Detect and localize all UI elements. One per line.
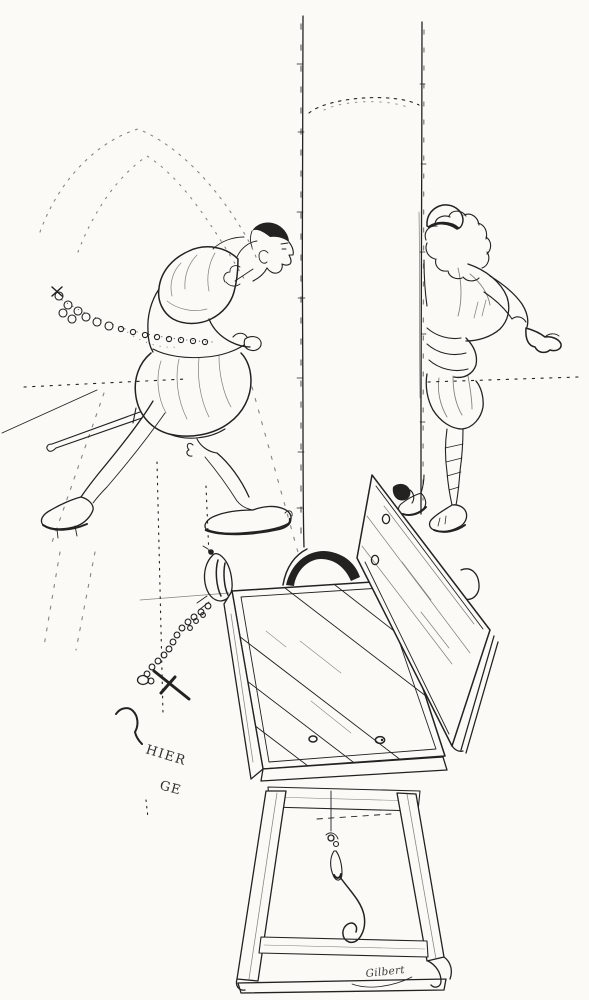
dotted-floor-line-left (24, 379, 186, 387)
right-figure-toe-lines (438, 516, 446, 526)
rosary-large-beads-stroke (166, 336, 171, 341)
left-figure-sword (47, 408, 142, 451)
floorboard-edge (2, 390, 97, 433)
plumb-hook-wire (340, 877, 365, 942)
falling-rosary-beads-stroke (149, 664, 155, 670)
left-figure-eye-brow (281, 243, 288, 249)
left-figure-sleeve-folds (167, 253, 215, 311)
right-figure-side-flap (454, 338, 477, 377)
falling-rosary-beads-stroke (179, 625, 185, 631)
rosary-large-beads-stroke (130, 329, 135, 334)
left-figure-face-profile (267, 242, 293, 273)
rosary-large-beads-stroke (82, 313, 90, 321)
gothic-arch-inner (78, 156, 245, 280)
right-figure-trunk-hose (426, 374, 483, 429)
right-figure-arm-underside (484, 292, 526, 322)
right-figure-doublet-hatch (474, 300, 486, 318)
right-figure-back-folds (458, 268, 490, 316)
dotted-floor-line-right (428, 377, 578, 382)
pillar-right-edge-hatch (423, 30, 424, 500)
background-arches (40, 129, 258, 280)
rosary-large-beads-stroke (64, 301, 72, 309)
artist-signature-text: Gilbert (365, 964, 406, 980)
illustration-canvas: HIER GE (0, 0, 589, 1000)
rosary-chain (52, 287, 217, 347)
falling-pouch-shading (216, 560, 228, 596)
left-figure-puff-sleeve (159, 247, 238, 324)
rosary-large-beads (55, 292, 208, 345)
left-figure-ear (259, 251, 268, 264)
rosary-large-beads-stroke (68, 315, 76, 323)
left-figure-front-sole (206, 519, 290, 534)
bench-bottom-rail (238, 979, 446, 993)
left-figure-back (148, 289, 159, 352)
plumb-knot-1 (328, 835, 334, 841)
left-figure-hands (233, 333, 261, 350)
falling-pouch-tassels (197, 546, 209, 610)
bench-right-leg (397, 793, 444, 961)
right-figure-hand-glove (526, 328, 561, 352)
floor-line-behind-bench (140, 593, 229, 600)
plumb-line-dots-lower (146, 800, 148, 818)
dropped-ring (138, 676, 149, 685)
artist-signature: Gilbert (352, 964, 412, 987)
falling-rosary-beads-stroke (170, 639, 176, 645)
pillar (276, 14, 426, 598)
dashed-floor-ray-1 (50, 393, 104, 548)
left-figure-hose-pleats (158, 356, 231, 419)
plumb-knot-2 (334, 842, 339, 847)
falling-rosary-beads-stroke (166, 646, 172, 652)
illustration-page: HIER GE (0, 0, 589, 1000)
right-figure-peplum-flaps (427, 328, 468, 371)
inscription-line2: GE (158, 778, 183, 798)
artist-signature-flourish (352, 977, 412, 987)
falling-rosary-beads-stroke (185, 619, 191, 625)
rosary-large-beads-stroke (202, 339, 207, 344)
plumb-bob-assembly (326, 791, 365, 942)
left-figure-hair-back (251, 231, 253, 247)
rosary-large-beads-stroke (93, 318, 101, 326)
rosary-end-cross (52, 287, 62, 296)
under-seat-dashed-line (317, 814, 391, 819)
inscription-hook-mark (116, 708, 142, 744)
rosary-large-beads-stroke (142, 332, 147, 337)
falling-pouch-knot (208, 549, 214, 555)
falling-rosary-beads-stroke (155, 658, 161, 664)
dashed-floor-ray-2 (76, 552, 95, 650)
rosary-large-beads-stroke (74, 307, 82, 315)
falling-rosary-beads-stroke (188, 626, 193, 631)
left-figure-knee-garter (187, 439, 217, 456)
pillar-shaft (303, 14, 422, 544)
rosary-cross (154, 671, 189, 699)
inscription: HIER GE (116, 708, 188, 798)
left-figure (41, 223, 293, 538)
bench (224, 475, 498, 993)
rosary-large-beads-stroke (118, 326, 123, 331)
falling-objects (138, 546, 233, 699)
right-figure (424, 205, 561, 532)
falling-rosary-beads-stroke (174, 632, 180, 638)
left-figure-jaw (253, 268, 267, 281)
left-figure-hair (252, 223, 289, 242)
gothic-arch-outer (40, 129, 258, 263)
dashed-floor-ray-3 (44, 552, 60, 646)
left-figure-trunk-hose (135, 353, 251, 436)
rosary-large-beads-stroke (178, 337, 183, 342)
right-figure-leg (446, 429, 464, 505)
rosary-large-beads-stroke (105, 322, 113, 330)
rosary-large-beads-stroke (154, 334, 159, 339)
rosary-large-beads-stroke (59, 309, 67, 317)
bench-foot-curls (236, 957, 451, 990)
bench-seat-peg-2-dot (381, 739, 383, 741)
right-figure-hose-pleats (438, 376, 472, 417)
inscription-line1: HIER (144, 742, 188, 769)
falling-rosary-beads-stroke (205, 603, 211, 609)
right-figure-chest-line (424, 260, 427, 306)
left-figure-front-calf (217, 453, 249, 497)
